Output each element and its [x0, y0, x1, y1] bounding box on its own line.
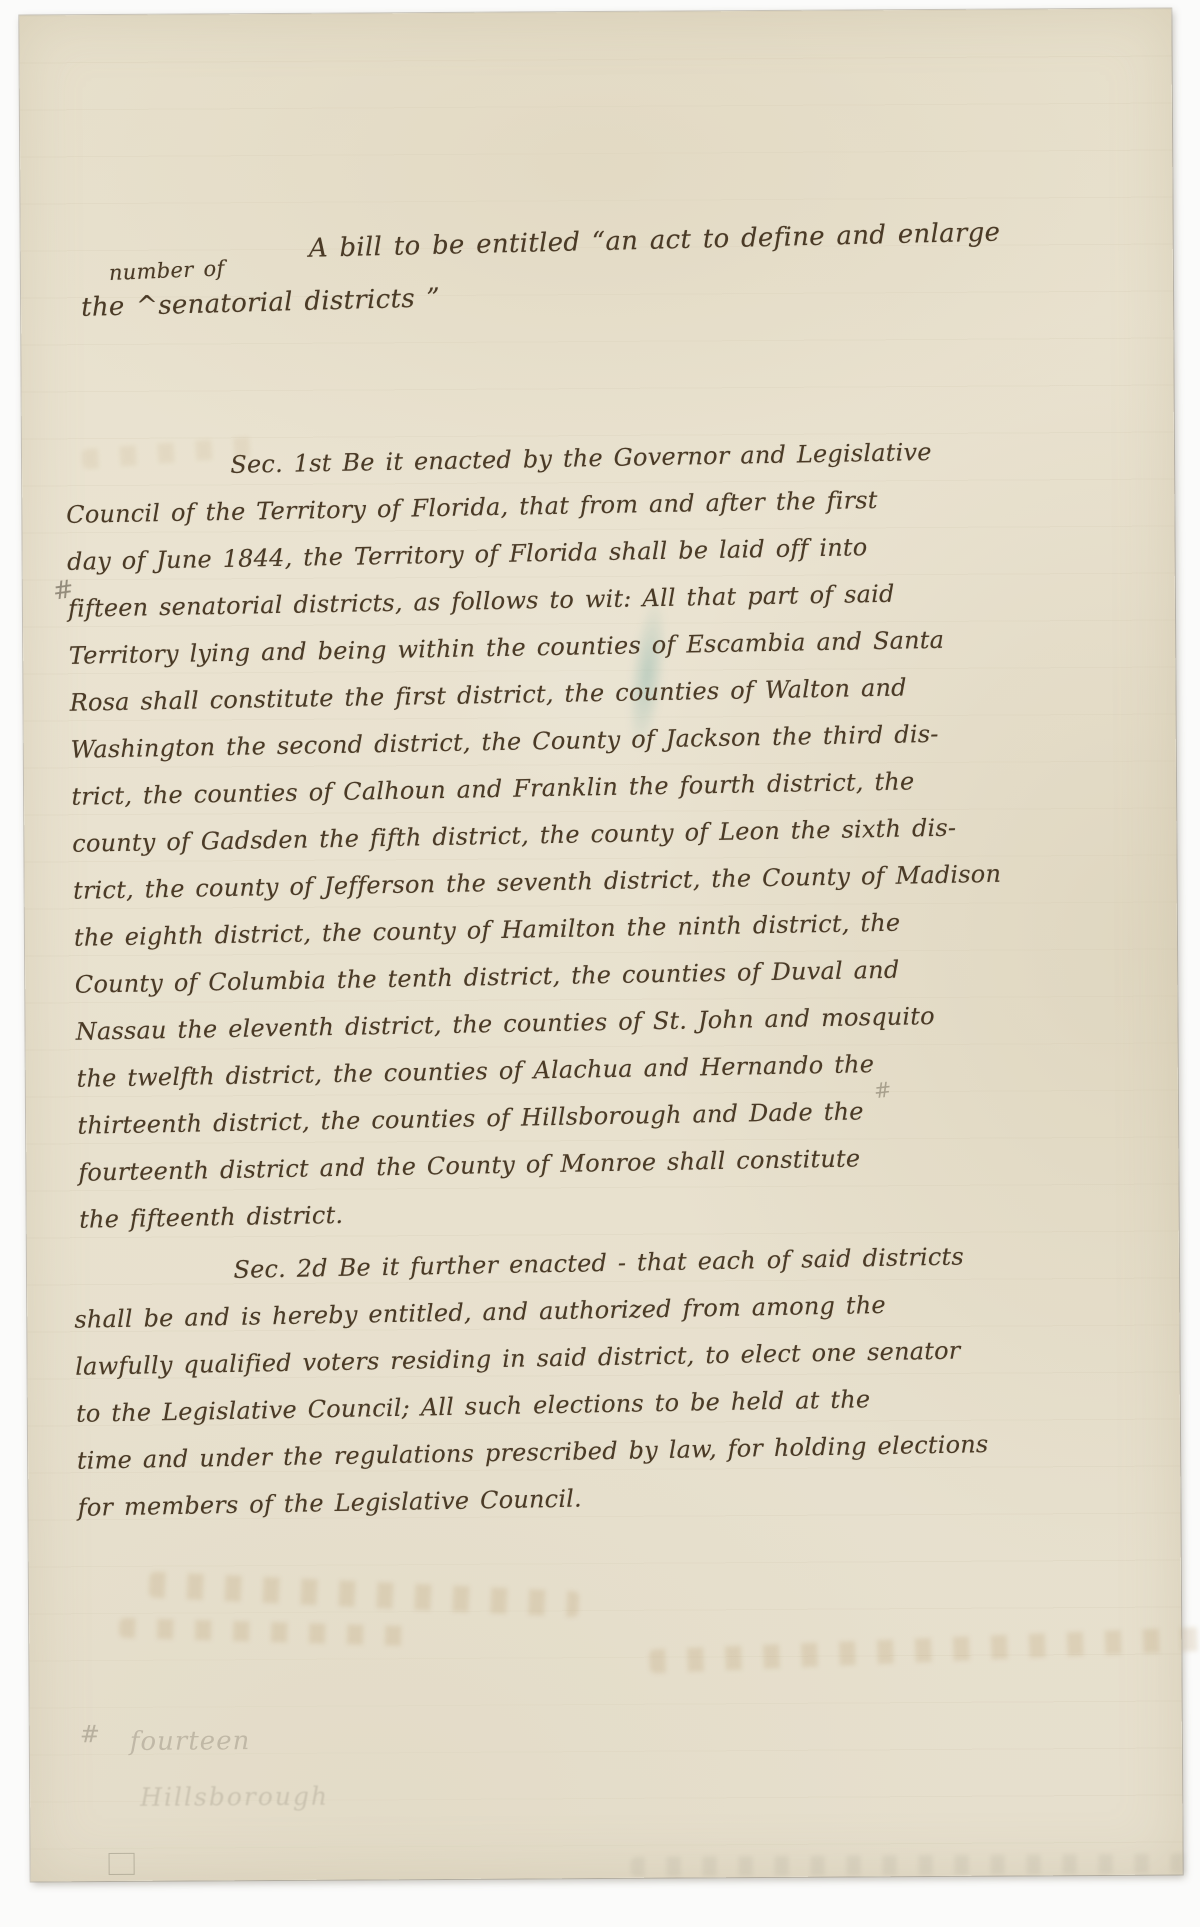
bleed-through-writing-4: [631, 1853, 1191, 1876]
pencil-hash-mark: #: [80, 1720, 100, 1748]
title-insertion-note: number of: [108, 256, 225, 285]
pencil-box-mark: [109, 1853, 135, 1875]
bill-title-line2: the ^senatorial districts ”: [81, 283, 441, 323]
bleed-through-writing-1: [149, 1572, 580, 1618]
pencil-note-fourteen: fourteen: [130, 1726, 251, 1757]
section-1: Sec. 1st Be it enacted by the Governor a…: [65, 437, 989, 1253]
manuscript-page: A bill to be entitled “an act to define …: [19, 8, 1182, 1881]
scan-backdrop: A bill to be entitled “an act to define …: [0, 0, 1200, 1927]
bleed-through-writing-2: [119, 1618, 419, 1647]
bill-title-line1: A bill to be entitled “an act to define …: [308, 218, 1000, 264]
bleed-through-writing-3: [649, 1627, 1200, 1674]
pencil-note-hillsborough: Hillsborough: [140, 1782, 329, 1812]
hillsborough-hash-mark: #: [873, 1077, 893, 1103]
section-2: Sec. 2d Be it further enacted - that eac…: [73, 1242, 988, 1541]
